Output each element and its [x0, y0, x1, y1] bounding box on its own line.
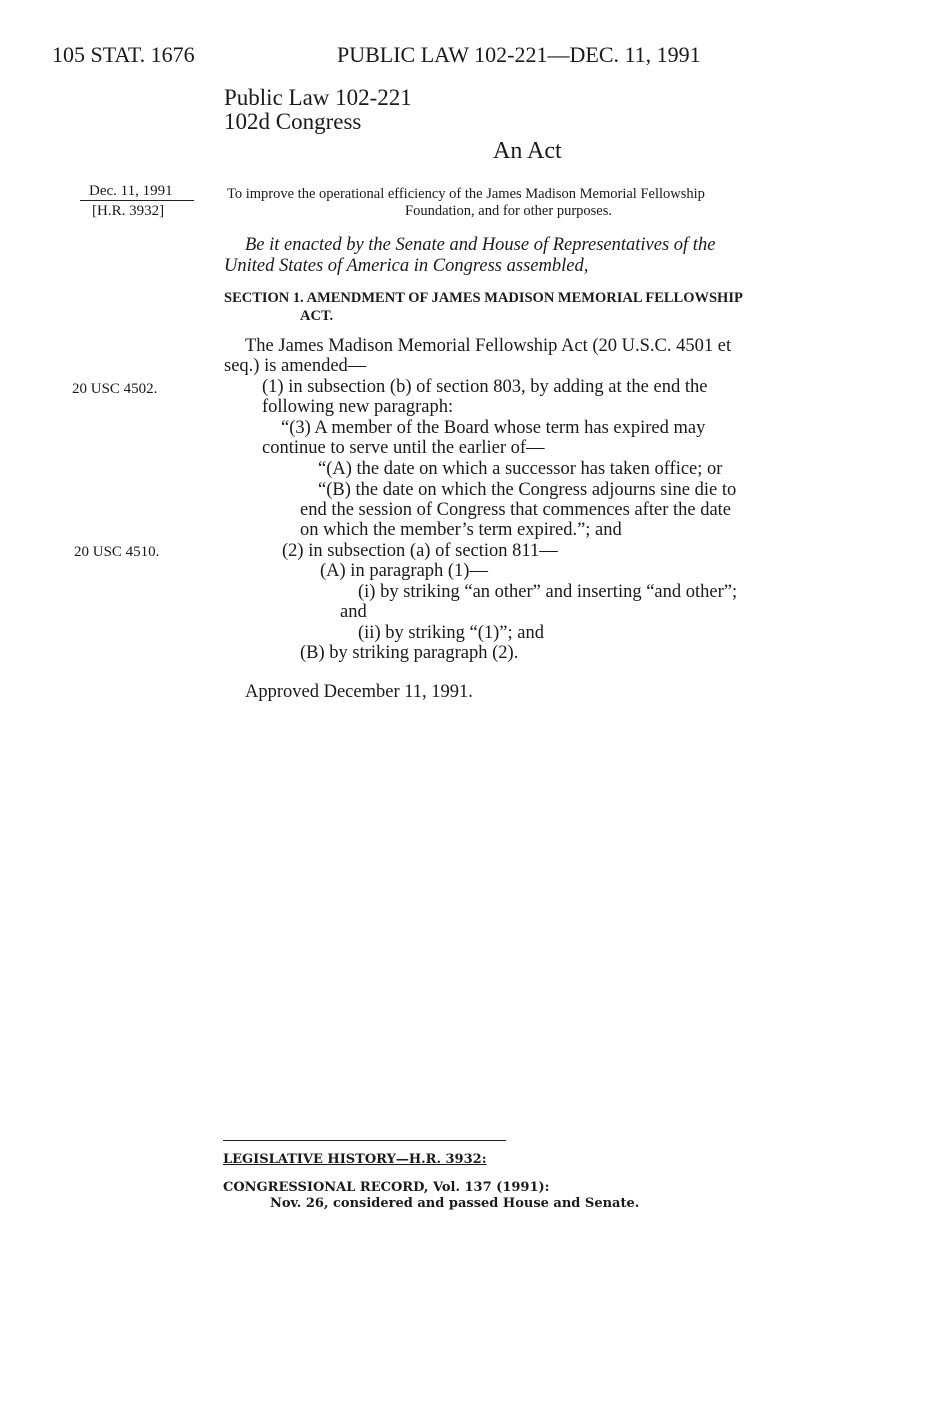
body-line: and	[340, 602, 367, 623]
body-line: continue to serve until the earlier of—	[262, 438, 545, 459]
body-line: (i) by striking “an other” and inserting…	[358, 582, 737, 603]
body-line: (2) in subsection (a) of section 811—	[282, 541, 558, 562]
page-reference: 105 STAT. 1676	[52, 42, 195, 68]
section-heading-line-2: ACT.	[300, 308, 333, 325]
margin-usc-4510: 20 USC 4510.	[74, 544, 159, 561]
body-line: seq.) is amended—	[224, 356, 366, 377]
congressional-record: CONGRESSIONAL RECORD, Vol. 137 (1991):	[223, 1180, 549, 1195]
act-label: An Act	[493, 138, 562, 165]
margin-bill-number: [H.R. 3932]	[92, 203, 164, 220]
body-line: “(A) the date on which a successor has t…	[318, 459, 722, 480]
body-line: “(B) the date on which the Congress adjo…	[318, 480, 736, 501]
body-line: (1) in subsection (b) of section 803, by…	[262, 377, 707, 398]
law-number: Public Law 102-221	[224, 86, 412, 110]
body-line: (ii) by striking “(1)”; and	[358, 623, 544, 644]
section-heading-line-1: SECTION 1. AMENDMENT OF JAMES MADISON ME…	[224, 290, 743, 307]
legislative-history-entry: Nov. 26, considered and passed House and…	[270, 1196, 639, 1211]
legislative-history-rule	[223, 1140, 506, 1141]
legislative-history-heading: LEGISLATIVE HISTORY—H.R. 3932:	[223, 1152, 487, 1167]
body-line: “(3) A member of the Board whose term ha…	[281, 418, 705, 439]
body-line: following new paragraph:	[262, 397, 453, 418]
body-line: (A) in paragraph (1)—	[320, 561, 488, 582]
margin-divider	[80, 200, 194, 201]
body-line: on which the member’s term expired.”; an…	[300, 520, 622, 541]
purpose-line-2: Foundation, and for other purposes.	[405, 203, 612, 220]
congress-number: 102d Congress	[224, 110, 361, 134]
running-title: PUBLIC LAW 102-221—DEC. 11, 1991	[337, 42, 701, 68]
margin-usc-4502: 20 USC 4502.	[72, 381, 157, 398]
purpose-line-1: To improve the operational efficiency of…	[227, 186, 705, 203]
enacting-clause-line-1: Be it enacted by the Senate and House of…	[245, 235, 715, 256]
margin-date: Dec. 11, 1991	[89, 183, 173, 200]
body-line: The James Madison Memorial Fellowship Ac…	[245, 336, 731, 357]
approval-date: Approved December 11, 1991.	[245, 682, 473, 703]
body-line: end the session of Congress that commenc…	[300, 500, 731, 521]
enacting-clause-line-2: United States of America in Congress ass…	[224, 256, 588, 277]
body-line: (B) by striking paragraph (2).	[300, 643, 518, 664]
